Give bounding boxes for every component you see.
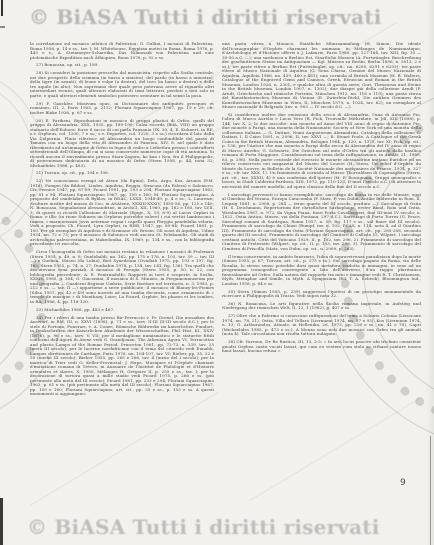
page-number: 9 bbox=[400, 478, 406, 488]
footnote-34-theme: Il tema concernente, in ambito funerario… bbox=[222, 255, 421, 287]
footnotes-column-left: la correlazione sul mosaico nilotico di … bbox=[30, 42, 214, 494]
scan-edge-artifact bbox=[0, 26, 5, 28]
footnotes-column-right: una pasta vitrea a Monaco, Staatliche Mü… bbox=[222, 42, 421, 490]
footnote-35: 35) Stern (Simon 1955, p. 239) suggerisc… bbox=[222, 290, 421, 299]
footnote-continuation: la correlazione sul mosaico nilotico di … bbox=[30, 42, 214, 60]
footnote-34: 34) Per i rilievi di una tomba presso Bi… bbox=[30, 316, 214, 397]
footnote-36: 36) N. Bonacasa, Le arti figurative nell… bbox=[222, 302, 421, 311]
copyright-watermark-top: © BiASA Tutti i diritti riservati bbox=[29, 5, 382, 29]
scan-edge-artifact bbox=[0, 498, 3, 545]
footnote-30: 30) E. Paribeni, Riproduzioni in mosaico… bbox=[30, 119, 214, 169]
footnote-32: 32) Ne conosciamo esempi ad Atene (da Eg… bbox=[30, 179, 214, 247]
footnote-29: 29) P. Gauckler, Musivum opus, in Dictio… bbox=[30, 102, 214, 116]
scan-edge-artifact bbox=[1, 0, 3, 16]
footnote-34-sarcophagi: I sarcofagi pervenuti ci hanno esemplifi… bbox=[222, 193, 421, 252]
footnote-37: 37) Oltre che a Palermo si conoscono raf… bbox=[222, 314, 421, 337]
footnote-31: 31) Turcan, op. cit., pp. 104 e 106. bbox=[30, 171, 214, 176]
scan-edge-shading bbox=[426, 0, 434, 545]
footnote-34-coins: Si considerino inoltre due emissioni del… bbox=[222, 113, 421, 190]
footnote-28: 28) Si consideri la posizione prescelta … bbox=[30, 71, 214, 98]
copyright-watermark-bottom: © BiASA Tutti i diritti riservati bbox=[27, 515, 380, 539]
scanned-paper-page: © BiASA Tutti i diritti riservati © BiAS… bbox=[0, 0, 434, 545]
footnote-34-continuation: una pasta vitrea a Monaco, Staatliche Mü… bbox=[222, 42, 421, 110]
footnote-27: 27) Bonacasa, op. cit., p. 189. bbox=[30, 63, 214, 68]
footnote-38: 38) Cfr. Varrone, De Re Rustica, III, 13… bbox=[222, 340, 421, 354]
footnote-32-continuation: Circa l'iconografia di Orfeo sui mosaici… bbox=[30, 250, 214, 304]
footnote-33: 33) Michaelides 1988, pp. 483 e 487. bbox=[30, 308, 214, 313]
